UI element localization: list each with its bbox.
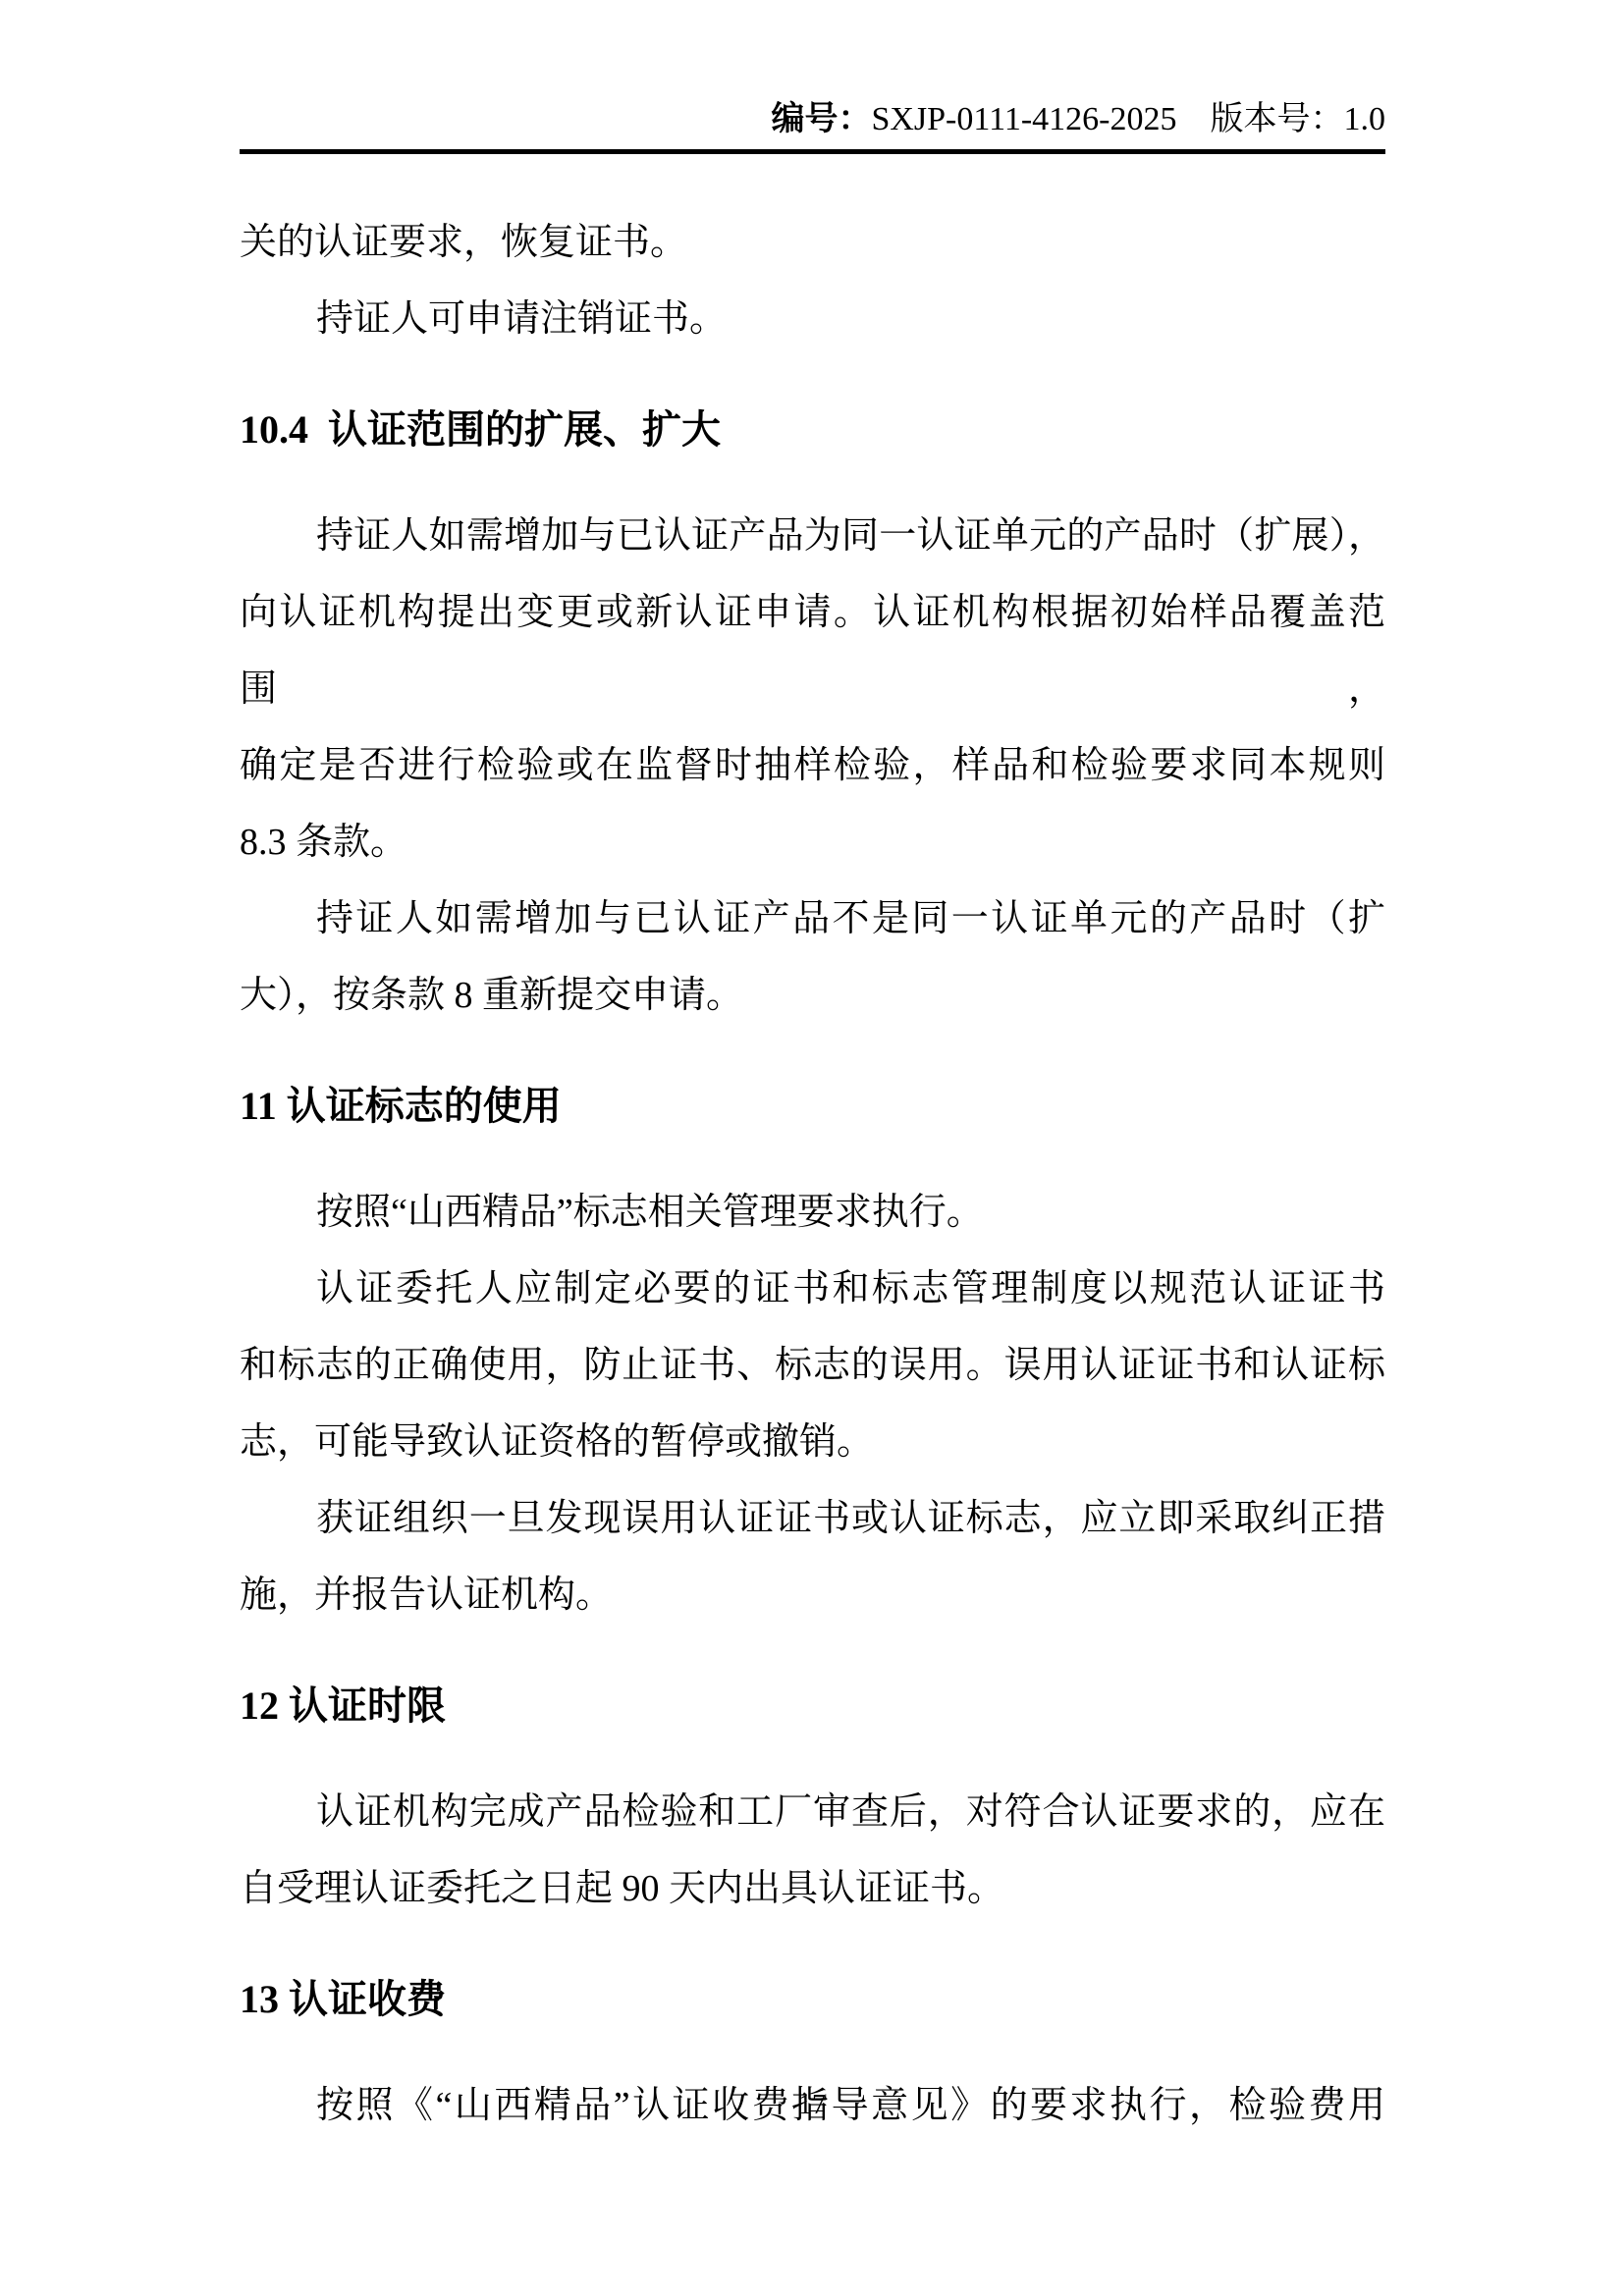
- paragraph-line: 持证人如需增加与已认证产品不是同一认证单元的产品时（扩: [240, 881, 1385, 957]
- version-value: 1.0: [1344, 101, 1386, 137]
- paragraph-line: 认证委托人应制定必要的证书和标志管理制度以规范认证证书: [240, 1251, 1385, 1327]
- paragraph-line: 施，并报告认证机构。: [240, 1557, 1385, 1633]
- paragraph-line: 按照“山西精品”标志相关管理要求执行。: [240, 1174, 1385, 1251]
- paragraph-line: 志，可能导致认证资格的暂停或撤销。: [240, 1404, 1385, 1480]
- header-divider: [240, 149, 1385, 154]
- doc-number-label: 编号：: [771, 101, 871, 137]
- page-header: 编号：SXJP-0111-4126-2025版本号：1.0: [240, 100, 1385, 140]
- paragraph-line: 持证人可申请注销证书。: [240, 281, 1385, 357]
- document-body: 关的认证要求，恢复证书。 持证人可申请注销证书。 10.4 认证范围的扩展、扩大…: [240, 204, 1385, 2144]
- paragraph-line: 持证人如需增加与已认证产品为同一认证单元的产品时（扩展），: [240, 498, 1385, 574]
- paragraph-line: 关的认证要求，恢复证书。: [240, 204, 1385, 281]
- paragraph-line: 和标志的正确使用，防止证书、标志的误用。误用认证证书和认证标: [240, 1327, 1385, 1404]
- heading-13: 13 认证收费: [240, 1961, 1385, 2038]
- document-page: 编号：SXJP-0111-4126-2025版本号：1.0 关的认证要求，恢复证…: [0, 0, 1624, 2296]
- page-number: 17: [0, 2089, 1624, 2122]
- paragraph-line: 认证机构完成产品检验和工厂审查后，对符合认证要求的，应在: [240, 1774, 1385, 1850]
- paragraph-line: 自受理认证委托之日起 90 天内出具认证证书。: [240, 1850, 1385, 1927]
- paragraph-line: 确定是否进行检验或在监督时抽样检验，样品和检验要求同本规则: [240, 727, 1385, 804]
- paragraph-line: 8.3 条款。: [240, 804, 1385, 881]
- paragraph-line: 获证组织一旦发现误用认证证书或认证标志，应立即采取纠正措: [240, 1480, 1385, 1557]
- paragraph-line: 向认证机构提出变更或新认证申请。认证机构根据初始样品覆盖范围，: [240, 574, 1385, 727]
- doc-number-value: SXJP-0111-4126-2025: [871, 101, 1176, 137]
- heading-11: 11 认证标志的使用: [240, 1068, 1385, 1145]
- version-label: 版本号：: [1211, 101, 1344, 137]
- heading-12: 12 认证时限: [240, 1668, 1385, 1744]
- heading-10-4: 10.4 认证范围的扩展、扩大: [240, 392, 1385, 468]
- paragraph-line: 大），按条款 8 重新提交申请。: [240, 957, 1385, 1034]
